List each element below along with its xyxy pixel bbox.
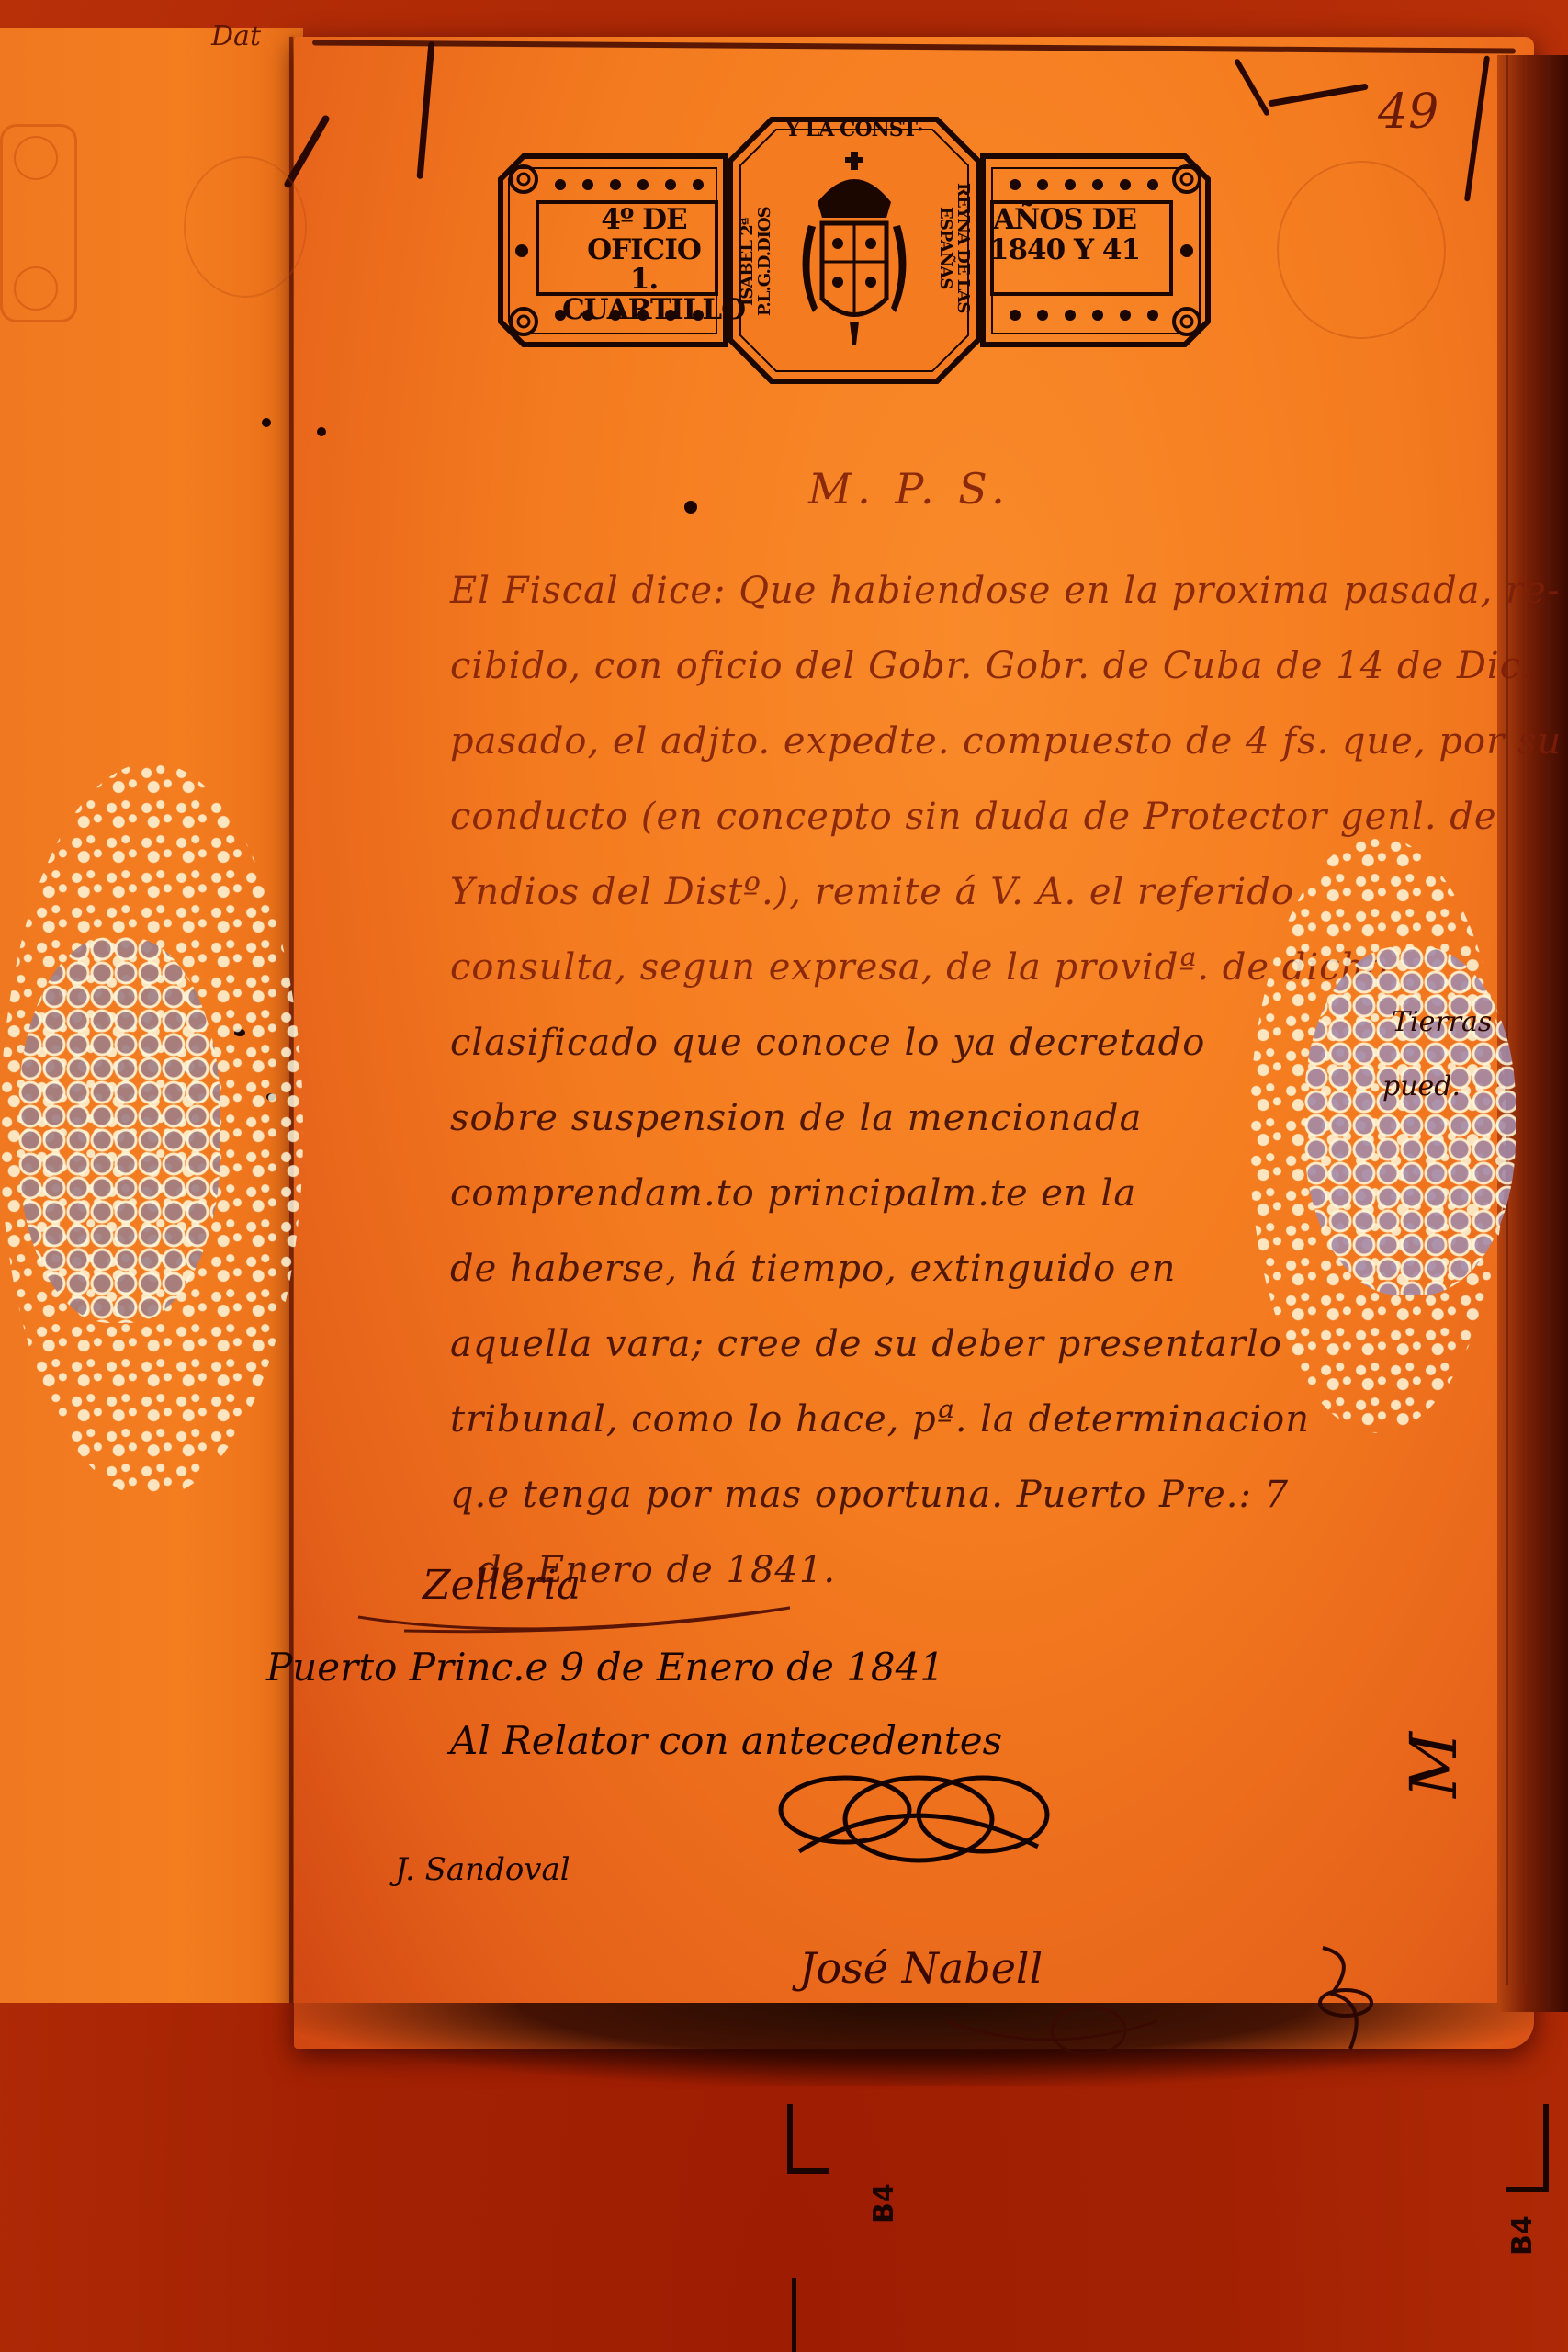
embossed-seal xyxy=(1277,161,1446,339)
stamp-border-text-top: Y LA CONST· xyxy=(762,119,946,141)
margin-note: Tierras xyxy=(1392,1006,1492,1038)
corner-note: Dat xyxy=(211,20,261,52)
mold-stain xyxy=(18,937,220,1323)
initials-signature: J. Sandoval xyxy=(395,1851,570,1888)
film-label: B4 xyxy=(868,2183,900,2223)
stamp-left-panel: 4º DE OFICIO 1. CUARTILLO xyxy=(562,205,726,324)
margin-mark: M xyxy=(1396,1732,1472,1798)
rubric-flourish-icon xyxy=(762,1764,1066,1893)
stamp-border-text-right: REYNA DE LAS ESPAÑAS xyxy=(953,142,971,354)
faint-stamp-impression xyxy=(0,124,77,322)
binding-edge xyxy=(1525,55,1527,1984)
film-tick-mark xyxy=(792,2278,796,2352)
folio-number: 49 xyxy=(1378,85,1438,140)
stamp-border-text-left: ISABEL 2ª P.L.G.D.DIOS xyxy=(739,170,758,354)
embossed-seal xyxy=(184,156,307,298)
rubric-flourish-icon xyxy=(937,1994,1176,2067)
stamp-right-panel: AÑOS DE 1840 Y 41 xyxy=(983,205,1146,265)
stamp-denomination: 4º DE OFICIO xyxy=(562,205,726,265)
mold-stain xyxy=(1304,946,1516,1295)
ink-spot xyxy=(317,427,326,436)
text-line: cibido, con oficio del Gobr. Gobr. de Cu… xyxy=(450,645,1516,720)
signature-flourish xyxy=(349,1580,808,1645)
text-line: pasado, el adjto. expedte. compuesto de … xyxy=(450,720,1516,796)
film-corner-mark xyxy=(1506,2104,1549,2192)
rubric-flourish-icon xyxy=(1304,1939,1378,2067)
stamp-years: 1840 Y 41 xyxy=(983,235,1146,266)
text-line: q.e tenga por mas oportuna. Puerto Pre.:… xyxy=(450,1474,1516,1549)
stamp-value: 1. CUARTILLO xyxy=(562,265,726,324)
ink-spot xyxy=(262,418,271,427)
salutation-heading: M. P. S. xyxy=(808,464,1010,514)
film-label: B4 xyxy=(1506,2215,1539,2256)
decree-line: Al Relator con antecedentes xyxy=(450,1718,1002,1763)
text-line: El Fiscal dice: Que habiendose en la pro… xyxy=(450,570,1516,645)
stamp-years-label: AÑOS DE xyxy=(983,205,1146,235)
decree-line: Puerto Princ.e 9 de Enero de 1841 xyxy=(266,1645,944,1690)
clerk-signature: José Nabell xyxy=(799,1943,1043,1993)
film-corner-mark xyxy=(787,2104,829,2174)
ink-spot xyxy=(684,501,697,514)
margin-note: pued. xyxy=(1382,1070,1461,1102)
fiscal-stamp: Y LA CONST· 4º DE OFICIO 1. CUARTILLO AÑ… xyxy=(496,115,1213,386)
